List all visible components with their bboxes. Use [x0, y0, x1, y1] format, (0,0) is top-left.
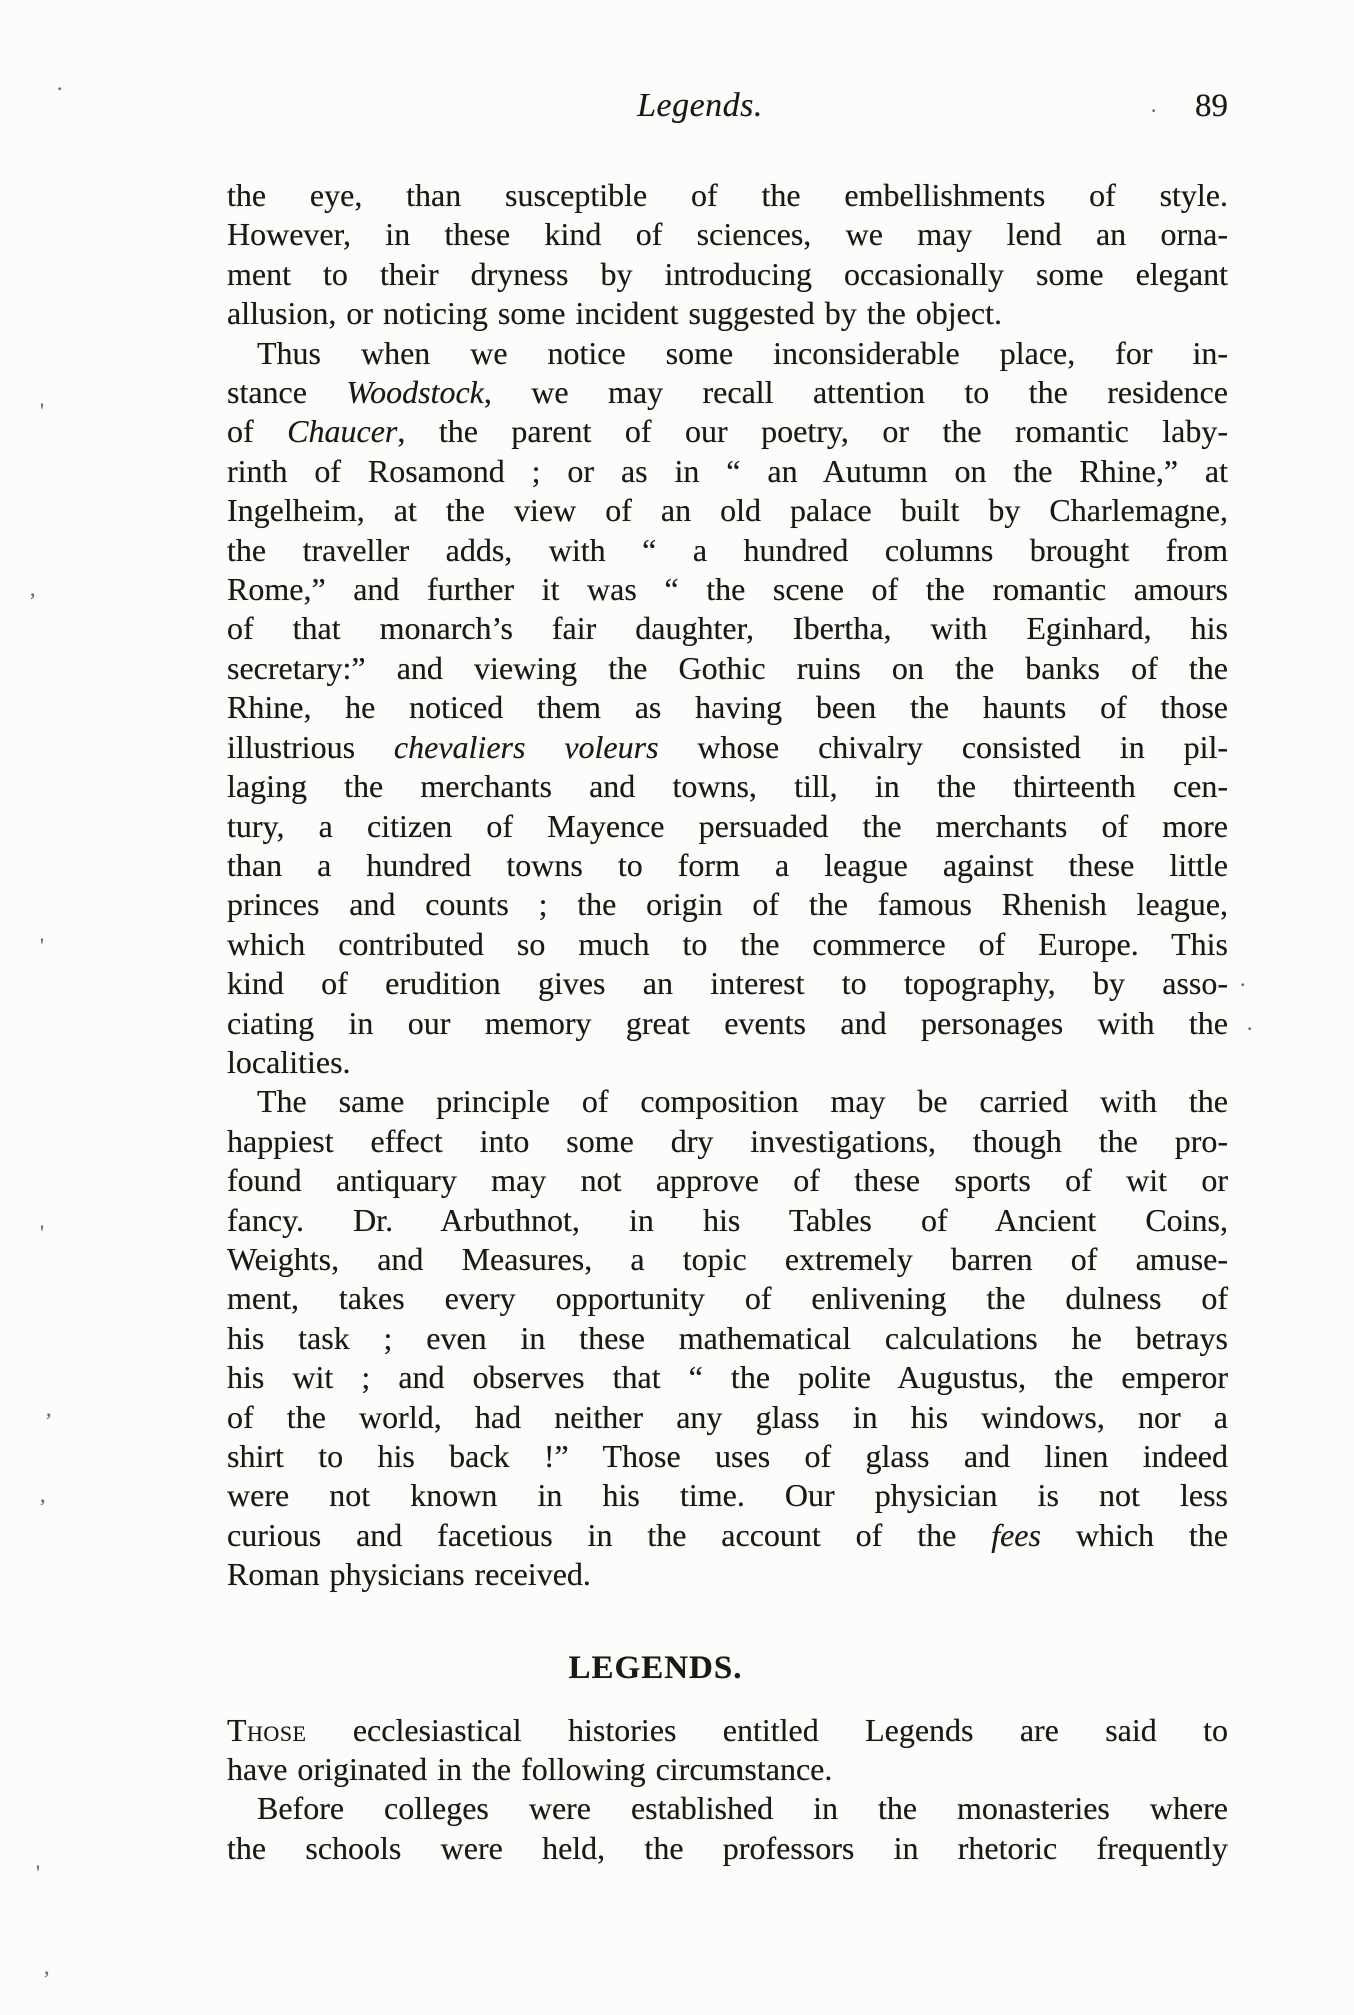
- text-line: of Chaucer, the parent of our poetry, or…: [227, 412, 1228, 451]
- text-line: illustrious chevaliers voleurs whose chi…: [227, 728, 1228, 767]
- ink-speck: ,: [40, 1484, 46, 1506]
- text-line: ciating in our memory great events and p…: [227, 1004, 1228, 1043]
- text-line: Rhine, he noticed them as having been th…: [227, 688, 1228, 727]
- text-line: shirt to his back !” Those uses of glass…: [227, 1437, 1228, 1476]
- italic-text: fees: [991, 1517, 1041, 1553]
- ink-speck: ·: [56, 78, 63, 100]
- ink-speck: ,: [44, 1956, 50, 1978]
- paragraph: The same principle of composition may be…: [227, 1082, 1228, 1594]
- text-line: However, in these kind of sciences, we m…: [227, 215, 1228, 254]
- text-line: princes and counts ; the origin of the f…: [227, 885, 1228, 924]
- ink-speck: .: [1240, 968, 1246, 990]
- italic-text: chevaliers voleurs: [394, 729, 659, 765]
- ink-speck: ,: [46, 1398, 52, 1420]
- text-line: of that monarch’s fair daughter, Ibertha…: [227, 609, 1228, 648]
- page-number: 89: [1150, 86, 1228, 126]
- text-line: his task ; even in these mathematical ca…: [227, 1319, 1228, 1358]
- small-caps-text: Those: [227, 1712, 307, 1748]
- text-line: than a hundred towns to form a league ag…: [227, 846, 1228, 885]
- book-page: Legends. 89 the eye, than susceptible of…: [0, 0, 1354, 2015]
- text-line: happiest effect into some dry investigat…: [227, 1122, 1228, 1161]
- running-header: Legends.: [200, 86, 1200, 126]
- text-line: Ingelheim, at the view of an old palace …: [227, 491, 1228, 530]
- text-line: ment to their dryness by introducing occ…: [227, 255, 1228, 294]
- text-line: The same principle of composition may be…: [227, 1082, 1228, 1121]
- text-line: Those ecclesiastical histories entitled …: [227, 1711, 1228, 1750]
- text-line: the schools were held, the professors in…: [227, 1829, 1228, 1868]
- text-line: of the world, had neither any glass in h…: [227, 1398, 1228, 1437]
- text-line: Before colleges were established in the …: [227, 1789, 1228, 1828]
- italic-text: Woodstock: [346, 374, 483, 410]
- text-line: ment, takes every opportunity of enliven…: [227, 1279, 1228, 1318]
- text-line: localities.: [227, 1043, 1228, 1082]
- text-line: found antiquary may not approve of these…: [227, 1161, 1228, 1200]
- ink-speck: ': [40, 1222, 44, 1244]
- text-line: which contributed so much to the commerc…: [227, 925, 1228, 964]
- text-line: his wit ; and observes that “ the polite…: [227, 1358, 1228, 1397]
- text-line: kind of erudition gives an interest to t…: [227, 964, 1228, 1003]
- text-line: Thus when we notice some inconsiderable …: [227, 334, 1228, 373]
- ink-speck: ·: [1246, 1018, 1253, 1040]
- text-line: the eye, than susceptible of the embelli…: [227, 176, 1228, 215]
- text-line: stance Woodstock, we may recall attentio…: [227, 373, 1228, 412]
- text-line: were not known in his time. Our physicia…: [227, 1476, 1228, 1515]
- ink-speck: ,: [30, 578, 36, 600]
- text-line: tury, a citizen of Mayence persuaded the…: [227, 807, 1228, 846]
- ink-speck: ': [40, 935, 44, 957]
- text-line: Rome,” and further it was “ the scene of…: [227, 570, 1228, 609]
- text-line: laging the merchants and towns, till, in…: [227, 767, 1228, 806]
- text-line: allusion, or noticing some incident sugg…: [227, 294, 1228, 333]
- text-line: rinth of Rosamond ; or as in “ an Autumn…: [227, 452, 1228, 491]
- text-column: the eye, than susceptible of the embelli…: [227, 176, 1228, 1868]
- text-line: Roman physicians received.: [227, 1555, 1228, 1594]
- italic-text: Chaucer: [287, 413, 397, 449]
- section-heading: LEGENDS.: [155, 1648, 1156, 1688]
- text-line: Weights, and Measures, a topic extremely…: [227, 1240, 1228, 1279]
- text-line: curious and facetious in the account of …: [227, 1516, 1228, 1555]
- text-line: have originated in the following circums…: [227, 1750, 1228, 1789]
- paragraph: Before colleges were established in the …: [227, 1789, 1228, 1868]
- ink-speck: ': [40, 400, 44, 422]
- text-line: fancy. Dr. Arbuthnot, in his Tables of A…: [227, 1201, 1228, 1240]
- paragraph: Those ecclesiastical histories entitled …: [227, 1711, 1228, 1790]
- ink-speck: ': [36, 1862, 40, 1884]
- paragraph: the eye, than susceptible of the embelli…: [227, 176, 1228, 334]
- text-line: the traveller adds, with “ a hundred col…: [227, 531, 1228, 570]
- text-line: secretary:” and viewing the Gothic ruins…: [227, 649, 1228, 688]
- paragraph: Thus when we notice some inconsiderable …: [227, 334, 1228, 1083]
